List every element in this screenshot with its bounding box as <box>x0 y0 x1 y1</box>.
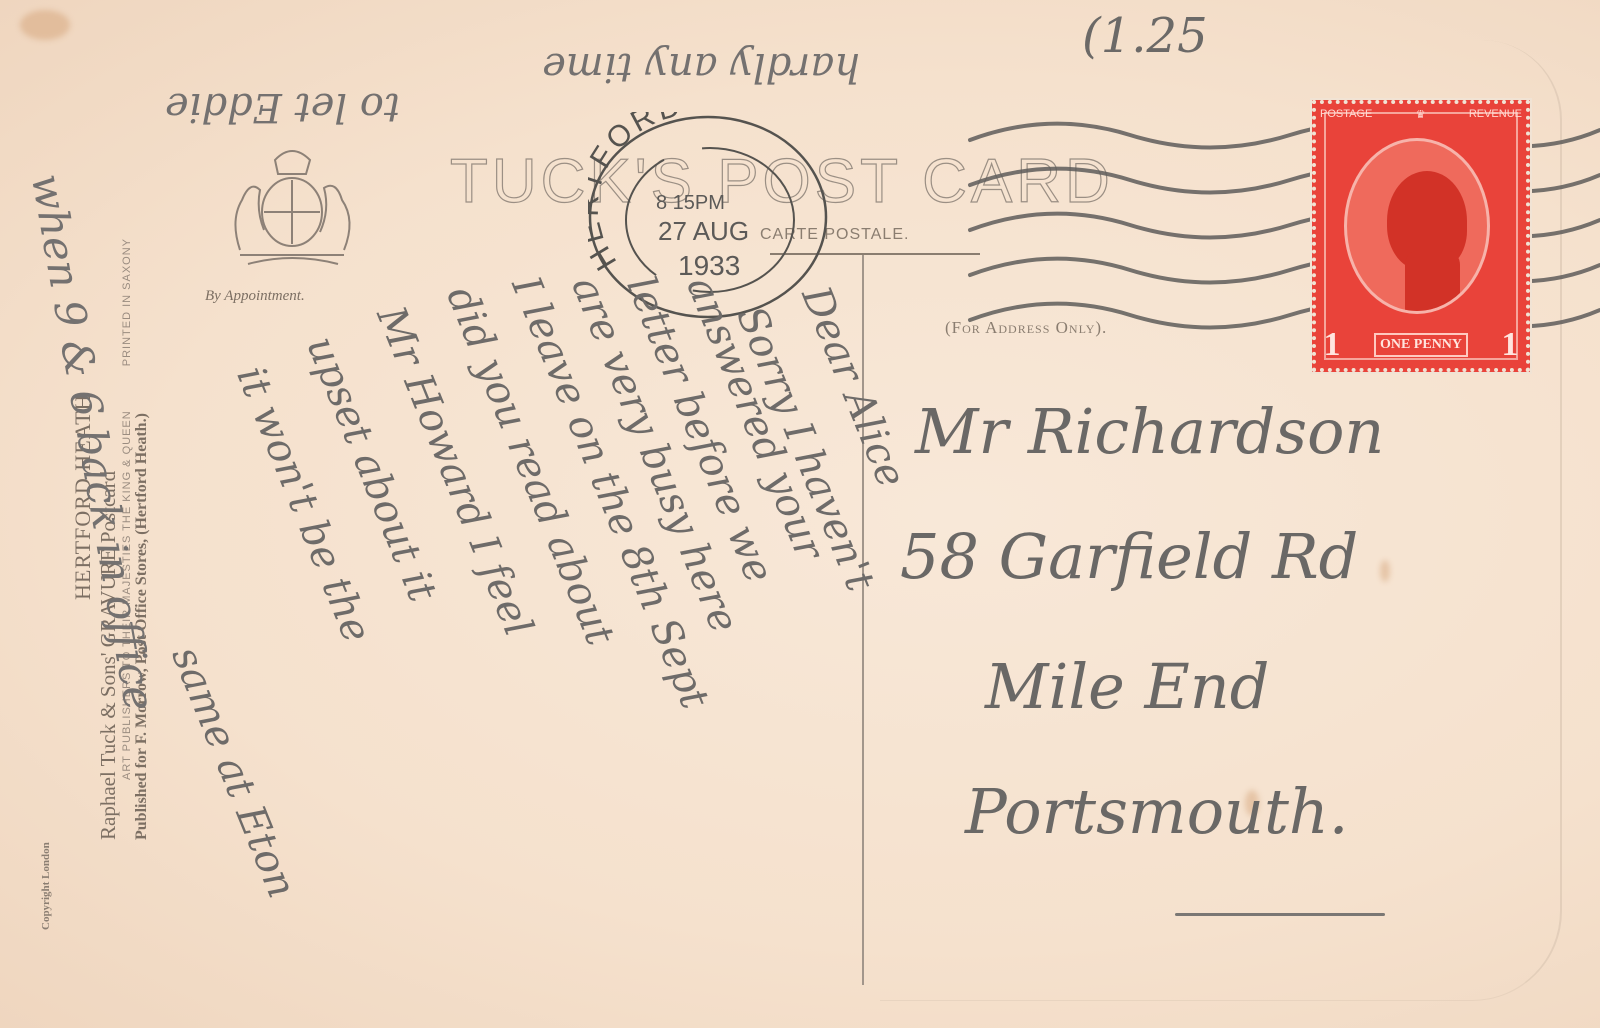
foxing-stain <box>1380 560 1390 582</box>
by-appointment-text: By Appointment. <box>205 288 305 305</box>
published-for-text: Published for F. Morrow, Post Office Sto… <box>133 130 151 840</box>
printed-in-text: PRINTED IN SAXONY <box>121 238 133 366</box>
message-line: same at Eton <box>162 640 304 904</box>
postmark-time: 8 15PM <box>656 192 725 215</box>
address-line-1: Mr Richardson <box>915 395 1384 468</box>
postage-stamp: POSTAGE ♛ REVENUE 1 ONE PENNY 1 <box>1312 100 1530 372</box>
address-underline <box>1175 913 1385 916</box>
stamp-value-numeral-right: 1 <box>1498 326 1522 364</box>
crown-icon: ♛ <box>1416 108 1426 121</box>
postcard-back: HERTFORD HEATH Raphael Tuck & Sons' GRAV… <box>0 0 1600 1028</box>
stamp-postage-label: POSTAGE <box>1320 108 1372 121</box>
address-line-2: 58 Garfield Rd <box>900 520 1358 593</box>
stamp-value-numeral-left: 1 <box>1320 326 1344 364</box>
postmark-date: 27 AUG <box>658 216 749 247</box>
king-portrait-icon <box>1344 138 1490 314</box>
address-line-4: Portsmouth. <box>965 775 1349 848</box>
address-line-3: Mile End <box>985 650 1269 723</box>
royal-coat-of-arms-icon <box>220 140 365 270</box>
top-inverted-line: hardly any time <box>542 44 860 90</box>
foxing-stain <box>20 10 70 40</box>
corner-price-note: (1.25 <box>1082 8 1208 64</box>
top-inverted-line: to let Eddie <box>165 84 400 130</box>
stamp-revenue-label: REVENUE <box>1469 108 1522 121</box>
copyright-text: Copyright London <box>40 842 52 930</box>
stamp-value-text: ONE PENNY <box>1374 333 1468 357</box>
